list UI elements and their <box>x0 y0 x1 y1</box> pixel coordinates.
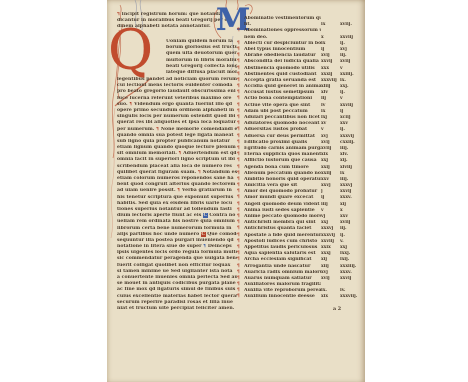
body-lines: legentibus pandet ad noticiam quorum rer… <box>117 77 237 312</box>
text-line: querat res ibi aliquoties et ipsa loca l… <box>117 120 237 126</box>
initial-q: Q <box>108 23 153 78</box>
text-line: librorum certa bene numerorum formula in <box>117 226 237 232</box>
intro-lines: Uoniam quidem horum laborum gloriosius e… <box>166 39 237 76</box>
text-line: niat et fructum uite percipiat feliciter… <box>117 306 237 312</box>
index-rows: Abominatio vestimentorum qualis fit. ix … <box>237 16 360 301</box>
text-line: uellam rem ordinata his nostre quia omni… <box>117 219 237 225</box>
text-line: per numerum. ¶ None memorie comendandi e… <box>117 127 237 133</box>
folio-numeral: ix <box>321 22 340 28</box>
folio-numeral: xvij <box>321 276 340 282</box>
text-line: pro beato gregorio laudauit obscurissima… <box>117 89 237 95</box>
pilcrow-mark: ¶ <box>237 28 244 34</box>
quire-signature: a 2 <box>333 306 341 312</box>
text-line: luce lucerna referunt veteribus maximo o… <box>117 96 237 102</box>
chapter-numeral: xxvij <box>340 276 360 282</box>
index-entry-text: Auxilium innocentie deesse <box>244 294 321 300</box>
index-column: Abominatio vestimentorum qualis fit. ix … <box>237 16 360 301</box>
text-line: ad uiam uenire possit. ¶ Verba gratiarum… <box>117 188 237 194</box>
text-line: omnia facit in superiori ligno scriptum … <box>117 157 237 163</box>
text-line: lateque diffusa placuit more <box>166 70 237 76</box>
text-line: scribendum placeat alia loca de numero r… <box>117 164 237 170</box>
photo-backdrop: ¶ Incipit registrum horum: que notanda i… <box>0 0 468 382</box>
text-line: quem uita deuotorum querit <box>166 51 237 57</box>
chapter-numeral: xviij. <box>340 22 360 28</box>
folio-numeral: xix <box>321 294 340 300</box>
text-line: cuius excellentie materias habet lector … <box>117 294 237 300</box>
incunable-page: ¶ Incipit registrum horum: que notanda i… <box>107 0 365 382</box>
text-line: fuerit colligat quolibet non efficitur l… <box>117 263 237 269</box>
text-line: quando omnia sua potest lege ligata mane… <box>117 133 237 139</box>
text-line: sic commendatur peragenda que uulgata be… <box>117 256 237 262</box>
pilcrow-mark: ¶ <box>237 294 244 300</box>
chapter-numeral: xxxviij. <box>340 294 360 300</box>
text-line: multorum in libris moralium <box>166 58 237 64</box>
text-line: alijs partibus hoc unde numero C Que com… <box>117 232 237 238</box>
index-row: ¶ Auxilium innocentie deesse xix xxxviij… <box>237 294 360 300</box>
text-line: ac fine mox qd ligaturis simul de finibu… <box>117 287 237 293</box>
text-line: his tenetur scriptura que exponunt super… <box>117 195 237 201</box>
